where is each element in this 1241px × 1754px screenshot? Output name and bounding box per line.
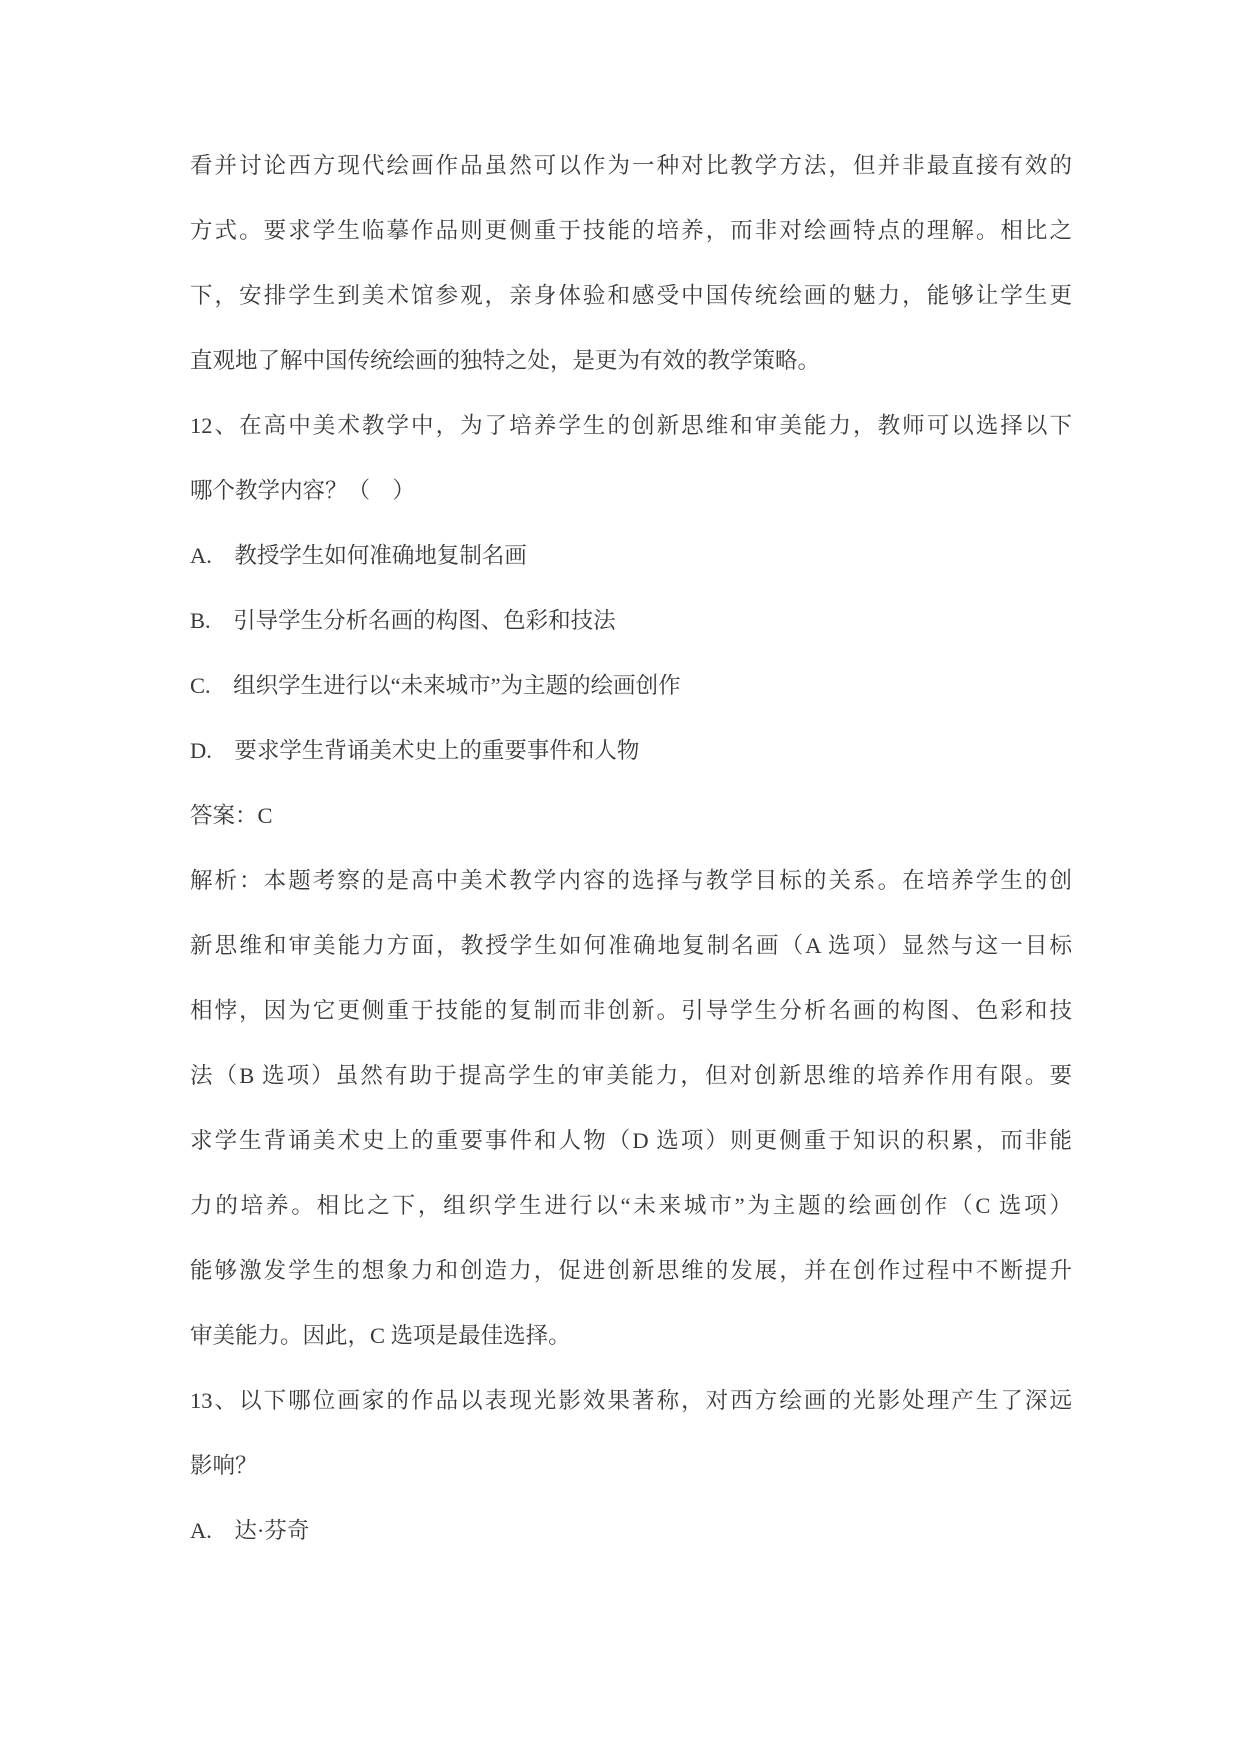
document-line: 法（B 选项）虽然有助于提高学生的审美能力，但对创新思维的培养作用有限。要	[190, 1043, 1072, 1108]
document-line: 力的培养。相比之下，组织学生进行以“未来城市”为主题的绘画创作（C 选项）	[190, 1173, 1072, 1238]
document-page: 看并讨论西方现代绘画作品虽然可以作为一种对比教学方法，但并非最直接有效的方式。要…	[0, 0, 1241, 1754]
document-line: 下，安排学生到美术馆参观，亲身体验和感受中国传统绘画的魅力，能够让学生更	[190, 263, 1072, 328]
document-line: 审美能力。因此，C 选项是最佳选择。	[190, 1303, 1072, 1368]
document-line: 答案：C	[190, 783, 1072, 848]
document-line: 新思维和审美能力方面，教授学生如何准确地复制名画（A 选项）显然与这一目标	[190, 913, 1072, 978]
document-line: C. 组织学生进行以“未来城市”为主题的绘画创作	[190, 653, 1072, 718]
document-line: 影响？	[190, 1433, 1072, 1498]
document-line: D. 要求学生背诵美术史上的重要事件和人物	[190, 718, 1072, 783]
document-line: A. 达·芬奇	[190, 1498, 1072, 1563]
document-line: 12、在高中美术教学中，为了培养学生的创新思维和审美能力，教师可以选择以下	[190, 393, 1072, 458]
document-line: 解析：本题考察的是高中美术教学内容的选择与教学目标的关系。在培养学生的创	[190, 848, 1072, 913]
document-line: B. 引导学生分析名画的构图、色彩和技法	[190, 588, 1072, 653]
document-line: 13、以下哪位画家的作品以表现光影效果著称，对西方绘画的光影处理产生了深远	[190, 1368, 1072, 1433]
document-text-block: 看并讨论西方现代绘画作品虽然可以作为一种对比教学方法，但并非最直接有效的方式。要…	[190, 133, 1072, 1563]
document-line: 方式。要求学生临摹作品则更侧重于技能的培养，而非对绘画特点的理解。相比之	[190, 198, 1072, 263]
document-line: 相悖，因为它更侧重于技能的复制而非创新。引导学生分析名画的构图、色彩和技	[190, 978, 1072, 1043]
document-line: 哪个教学内容？（ ）	[190, 458, 1072, 523]
document-line: 求学生背诵美术史上的重要事件和人物（D 选项）则更侧重于知识的积累，而非能	[190, 1108, 1072, 1173]
document-line: 直观地了解中国传统绘画的独特之处，是更为有效的教学策略。	[190, 328, 1072, 393]
document-line: 能够激发学生的想象力和创造力，促进创新思维的发展，并在创作过程中不断提升	[190, 1238, 1072, 1303]
document-line: 看并讨论西方现代绘画作品虽然可以作为一种对比教学方法，但并非最直接有效的	[190, 133, 1072, 198]
document-line: A. 教授学生如何准确地复制名画	[190, 523, 1072, 588]
